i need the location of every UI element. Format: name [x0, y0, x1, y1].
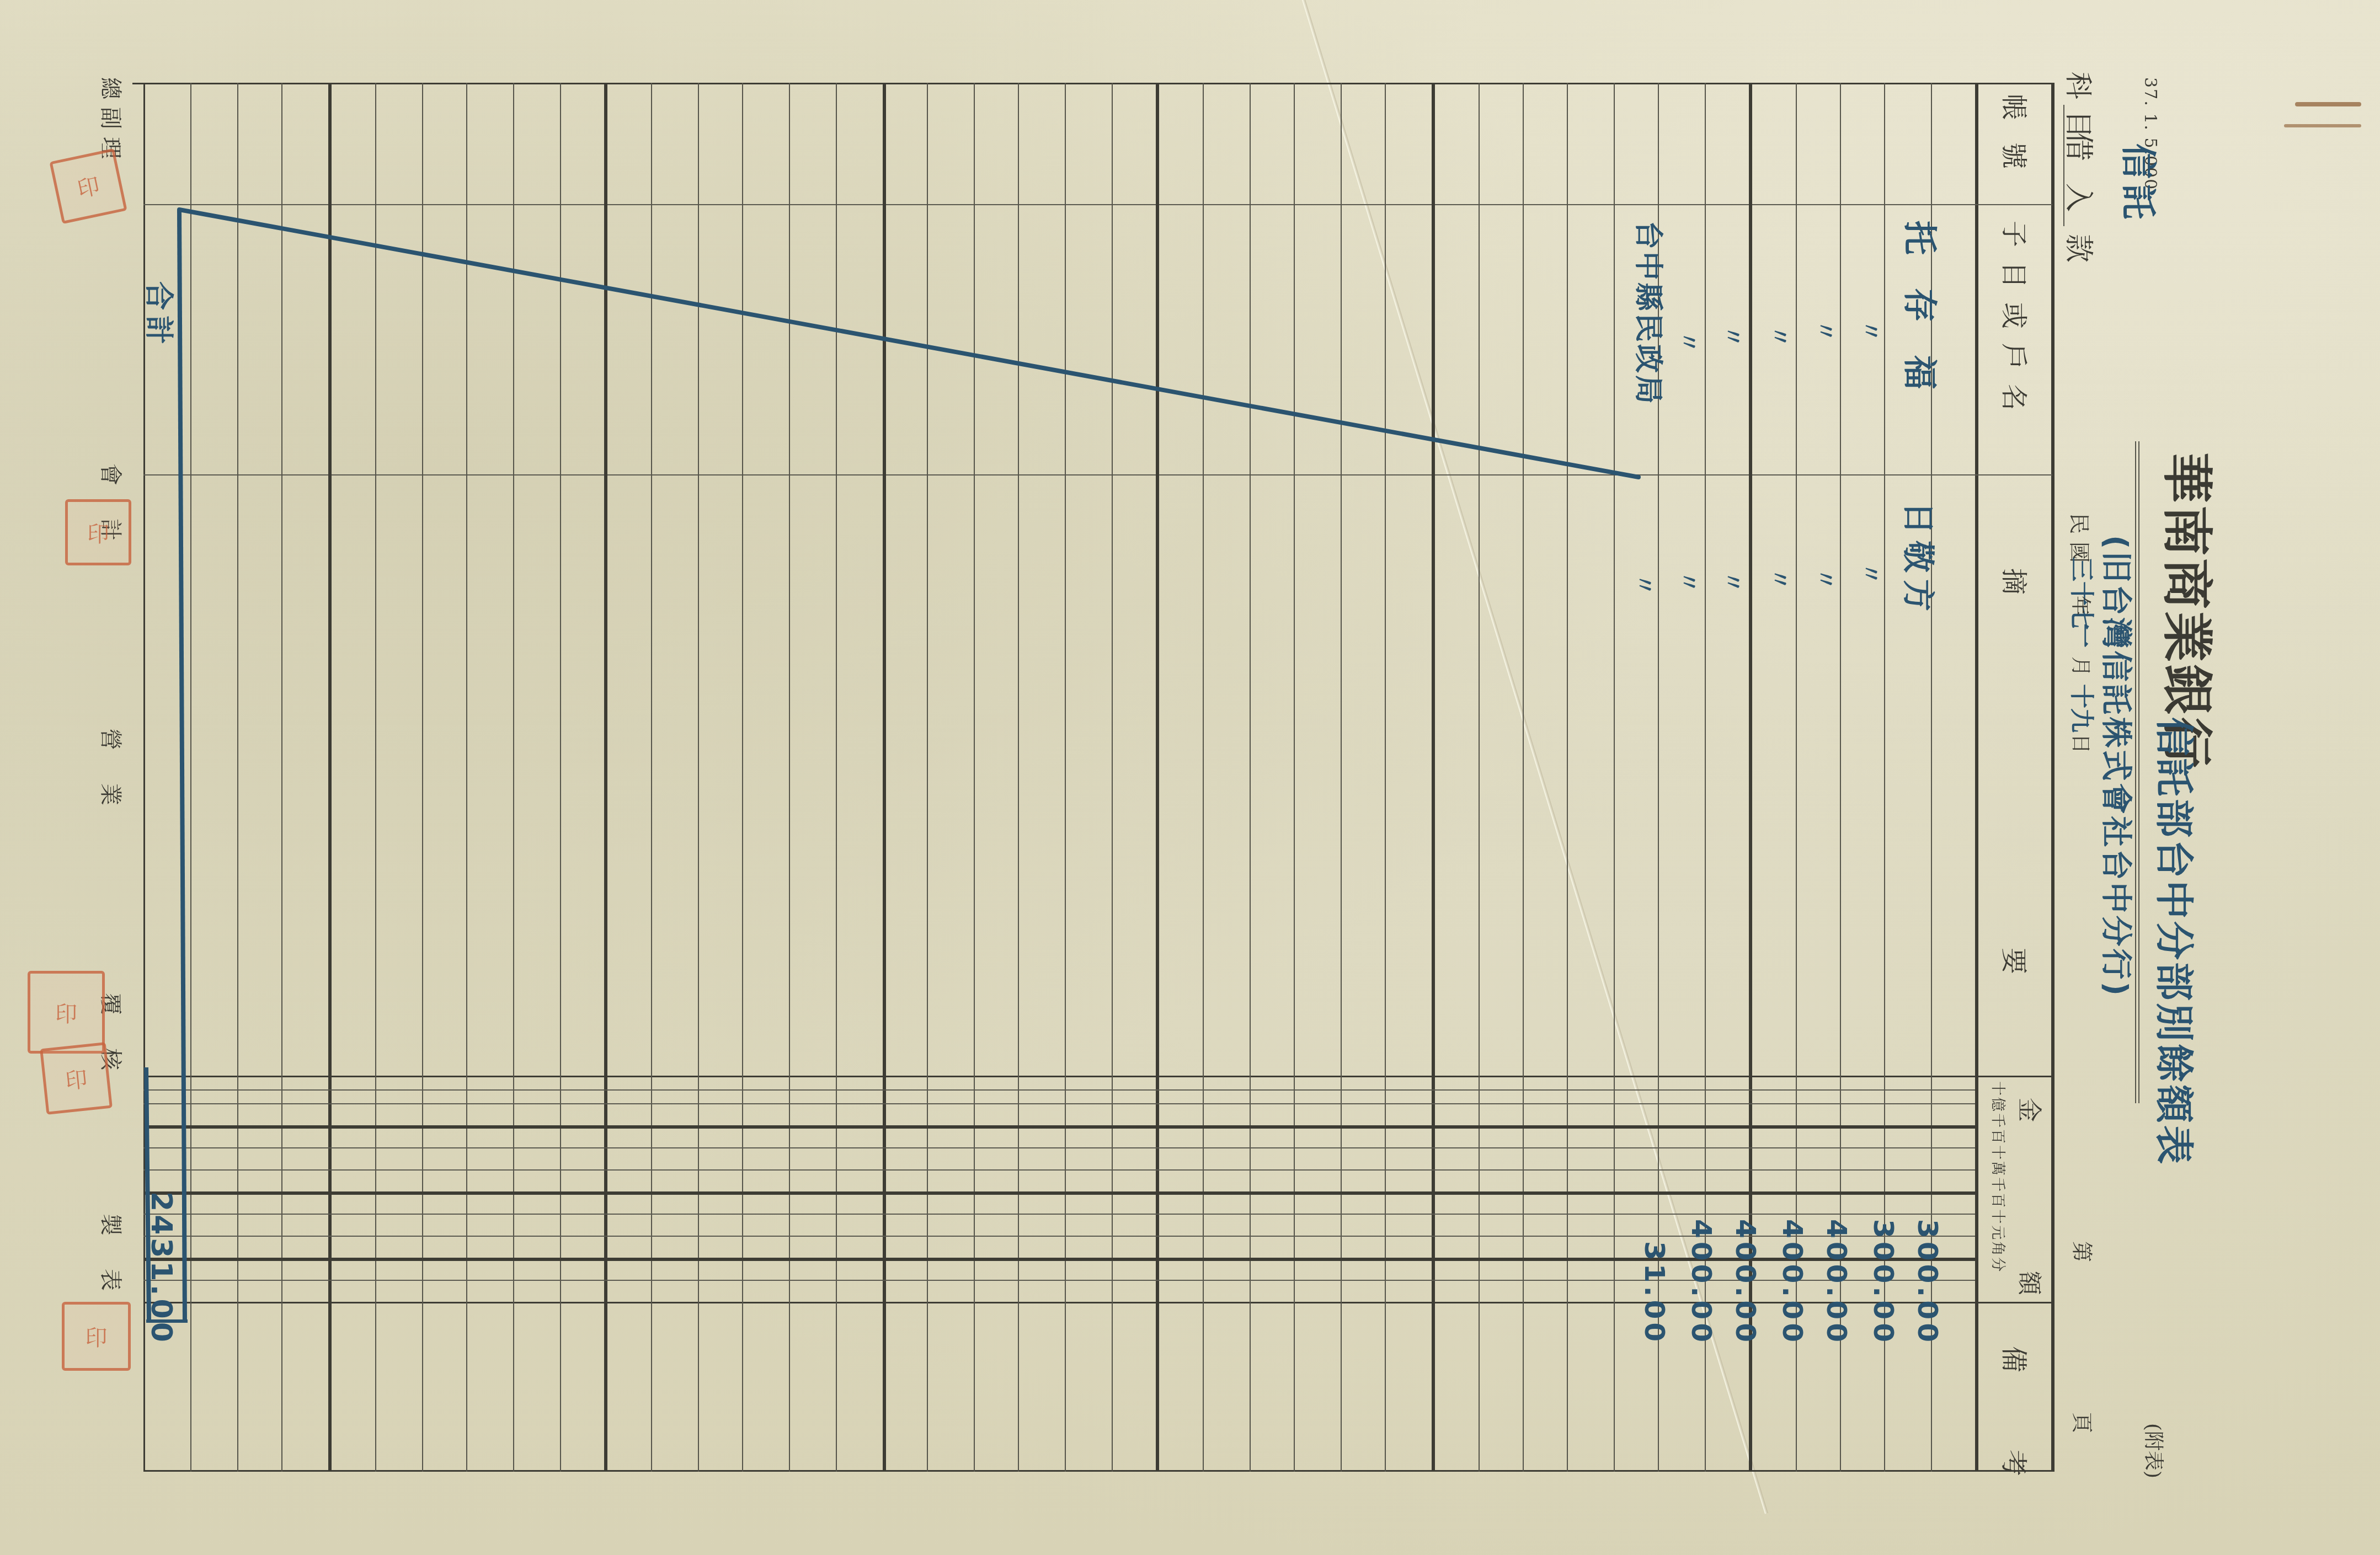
unit-hundred: 百	[1989, 1129, 2006, 1145]
unit-ten-3: 十	[1989, 1209, 2006, 1225]
row-1-name: 托存福	[1898, 221, 1947, 423]
seal-review-2: 印	[40, 1042, 113, 1115]
unit-yi: 億	[1989, 1097, 2006, 1113]
unit-ten-2: 十	[1989, 1145, 2006, 1161]
page-unit: 頁	[2069, 1412, 2099, 1433]
unit-wan: 萬	[1989, 1161, 2006, 1177]
unit-thousand-2: 千	[1989, 1177, 2006, 1193]
date-month: 一	[2068, 623, 2103, 648]
row-2-summary: 〃	[1856, 563, 1888, 585]
signoff-business: 營業	[97, 728, 128, 838]
unit-ten: 十	[1989, 1081, 2006, 1097]
header-account-no: 帳號	[1997, 94, 2035, 191]
row-4-name: 〃	[1765, 325, 1797, 348]
subtitle-handwritten: (旧台灣信託株式會社台中分行)	[2096, 535, 2141, 998]
row-7-name: 台中縣民政局	[1630, 221, 1672, 406]
header-name: 子目或戶名	[1997, 221, 2035, 425]
date-year: 三十七	[2066, 557, 2101, 630]
date-month-label: 月	[2068, 656, 2096, 676]
row-2-name: 〃	[1856, 320, 1888, 342]
row-3-amount: 400.00	[1821, 1219, 1853, 1345]
row-6-amount: 400.00	[1685, 1219, 1717, 1345]
subject-underline	[2063, 105, 2064, 226]
header-divider-remarks	[143, 1302, 2052, 1303]
row-5-name: 〃	[1719, 325, 1750, 348]
row-2-amount: 300.00	[1867, 1219, 1899, 1345]
row-7-summary: 〃	[1630, 574, 1662, 596]
seal-review-1: 印	[28, 971, 105, 1054]
subject-handwritten-value: 信託	[2116, 143, 2166, 225]
table-right-border	[2051, 83, 2055, 1472]
unit-fen: 分	[1989, 1257, 2006, 1273]
table-top-border	[132, 83, 2052, 84]
unit-jiao: 角	[1989, 1241, 2006, 1257]
row-6-name: 〃	[1674, 331, 1706, 353]
seal-prepared: 印	[62, 1302, 131, 1371]
row-5-summary: 〃	[1719, 571, 1750, 593]
row-4-summary: 〃	[1765, 568, 1797, 590]
row-6-summary: 〃	[1674, 571, 1706, 593]
row-3-name: 〃	[1811, 320, 1843, 342]
total-label: 合計	[141, 281, 182, 350]
table-bottom-border	[143, 1470, 2052, 1472]
row-5-amount: 400.00	[1730, 1219, 1762, 1345]
rust-mark	[2295, 102, 2361, 106]
seal-accounting: 印	[65, 499, 131, 565]
header-divider-account	[143, 204, 2052, 205]
seal-general-manager: 印	[49, 148, 127, 224]
row-7-amount: 31.00	[1639, 1241, 1671, 1345]
annex-label: (附表)	[2141, 1423, 2169, 1478]
row-3-summary: 〃	[1811, 568, 1843, 590]
page-label: 第	[2069, 1241, 2099, 1262]
header-divider-amount	[143, 1076, 2052, 1077]
date-year-label: 年	[2068, 596, 2096, 616]
row-4-amount: 400.00	[1776, 1219, 1808, 1345]
unit-yuan: 元	[1989, 1225, 2006, 1241]
amount-unit-list: 十億千百十萬千百十元角分	[1989, 1081, 2009, 1273]
rust-mark	[2284, 124, 2361, 127]
unit-hundred-2: 百	[1989, 1193, 2006, 1209]
amount-units: 十億千百十萬千百十元角分	[1989, 1081, 2011, 1263]
header-remarks: 備考	[1997, 1346, 2035, 1553]
total-amount: 2431.00	[145, 1191, 178, 1345]
subject-printed-value: 借入款	[2061, 132, 2102, 285]
date-day-label: 日	[2068, 734, 2096, 754]
header-divider-name	[143, 474, 2052, 475]
header-separator	[1975, 83, 1978, 1472]
title-handwritten: 信託部台中分部別餘額表	[2149, 717, 2205, 1166]
row-1-summary: 日敬方	[1898, 502, 1944, 618]
unit-thousand: 千	[1989, 1113, 2006, 1129]
row-1-amount: 300.00	[1912, 1219, 1944, 1345]
date-day: 十九	[2066, 684, 2101, 733]
